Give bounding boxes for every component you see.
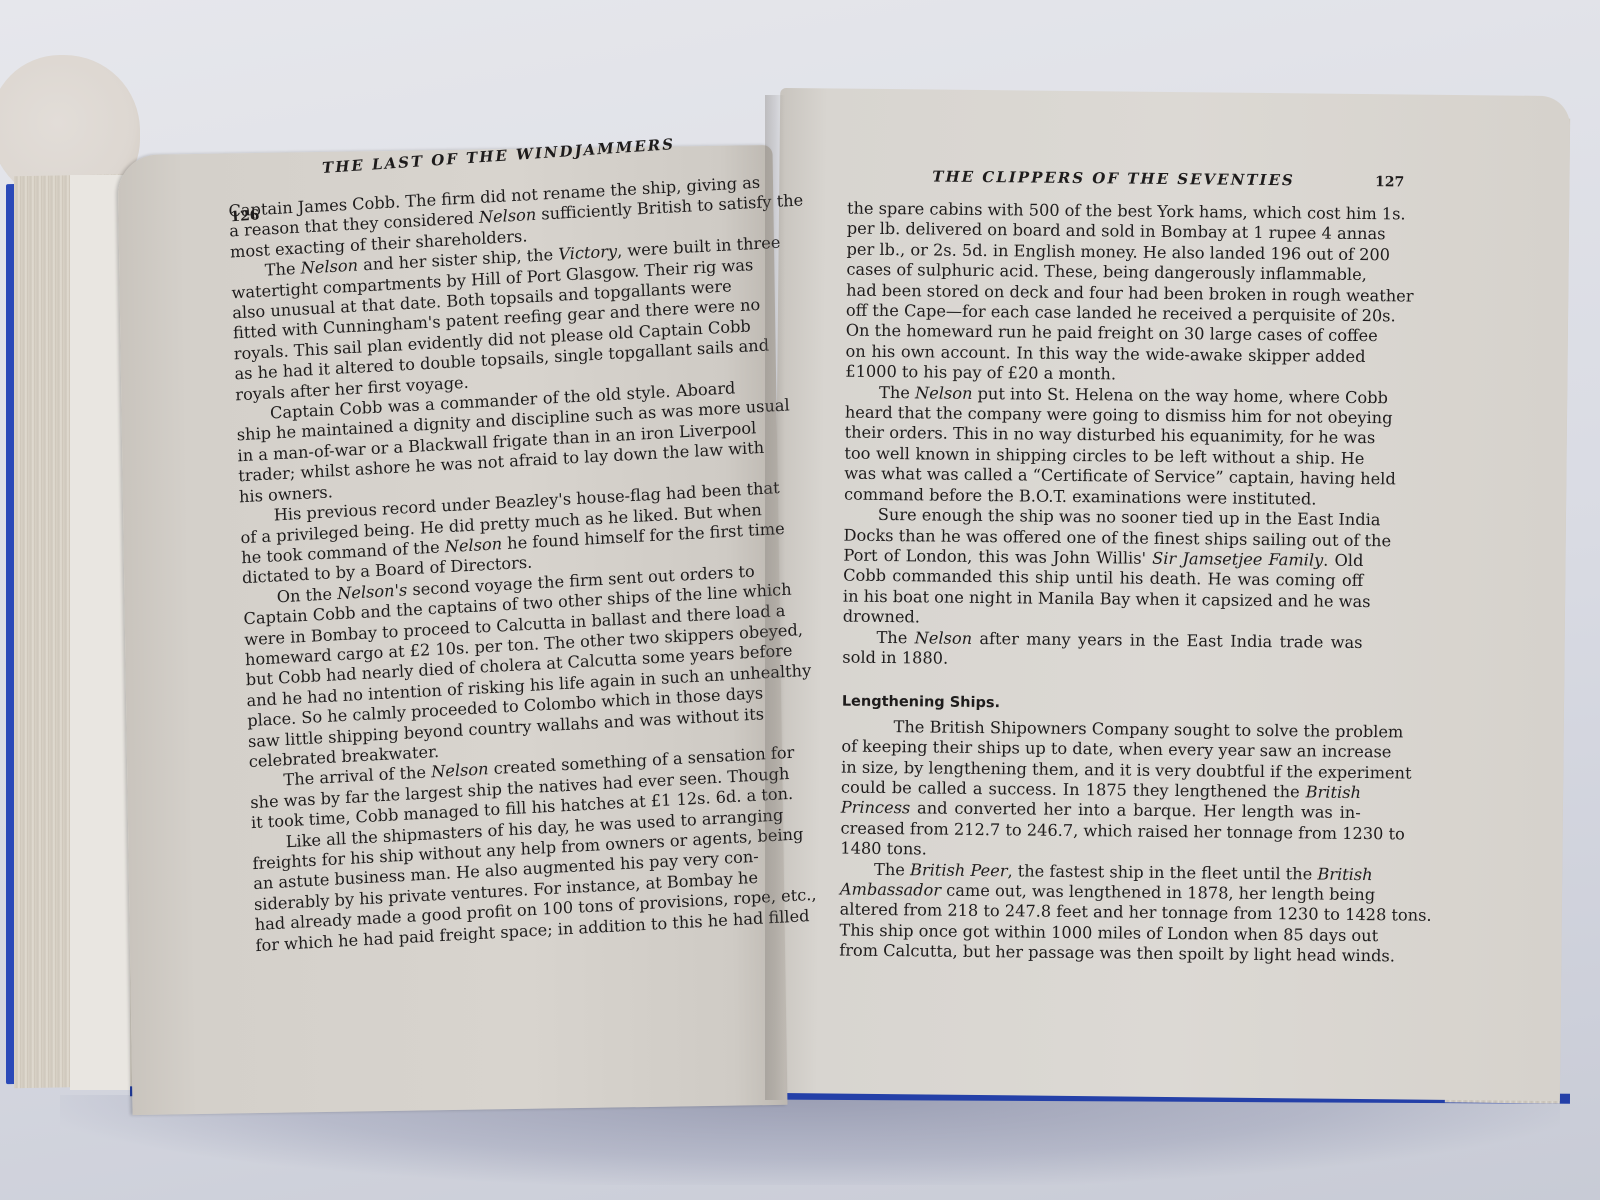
right-text-before-section: the spare cabins with 500 of the best Yo…: [842, 199, 1367, 674]
book-gutter: [765, 95, 785, 1100]
right-text-after-section: The British Shipowners Company sought to…: [839, 716, 1362, 966]
section-heading: Lengthening Ships.: [842, 692, 1362, 718]
right-running-head-title: THE CLIPPERS OF THE SEVENTIES: [932, 167, 1295, 189]
right-page-number: 127: [1375, 174, 1404, 190]
right-page: THE CLIPPERS OF THE SEVENTIES 127 the sp…: [770, 88, 1570, 1101]
left-body-text: Captain James Cobb. The firm did not ren…: [228, 174, 755, 956]
right-body-text: the spare cabins with 500 of the best Yo…: [839, 199, 1367, 967]
text-line: from Calcutta, but her passage was then …: [839, 941, 1359, 967]
left-running-head-title: THE LAST OF THE WINDJAMMERS: [322, 135, 676, 177]
left-page: 126 THE LAST OF THE WINDJAMMERS Captain …: [118, 145, 788, 1115]
